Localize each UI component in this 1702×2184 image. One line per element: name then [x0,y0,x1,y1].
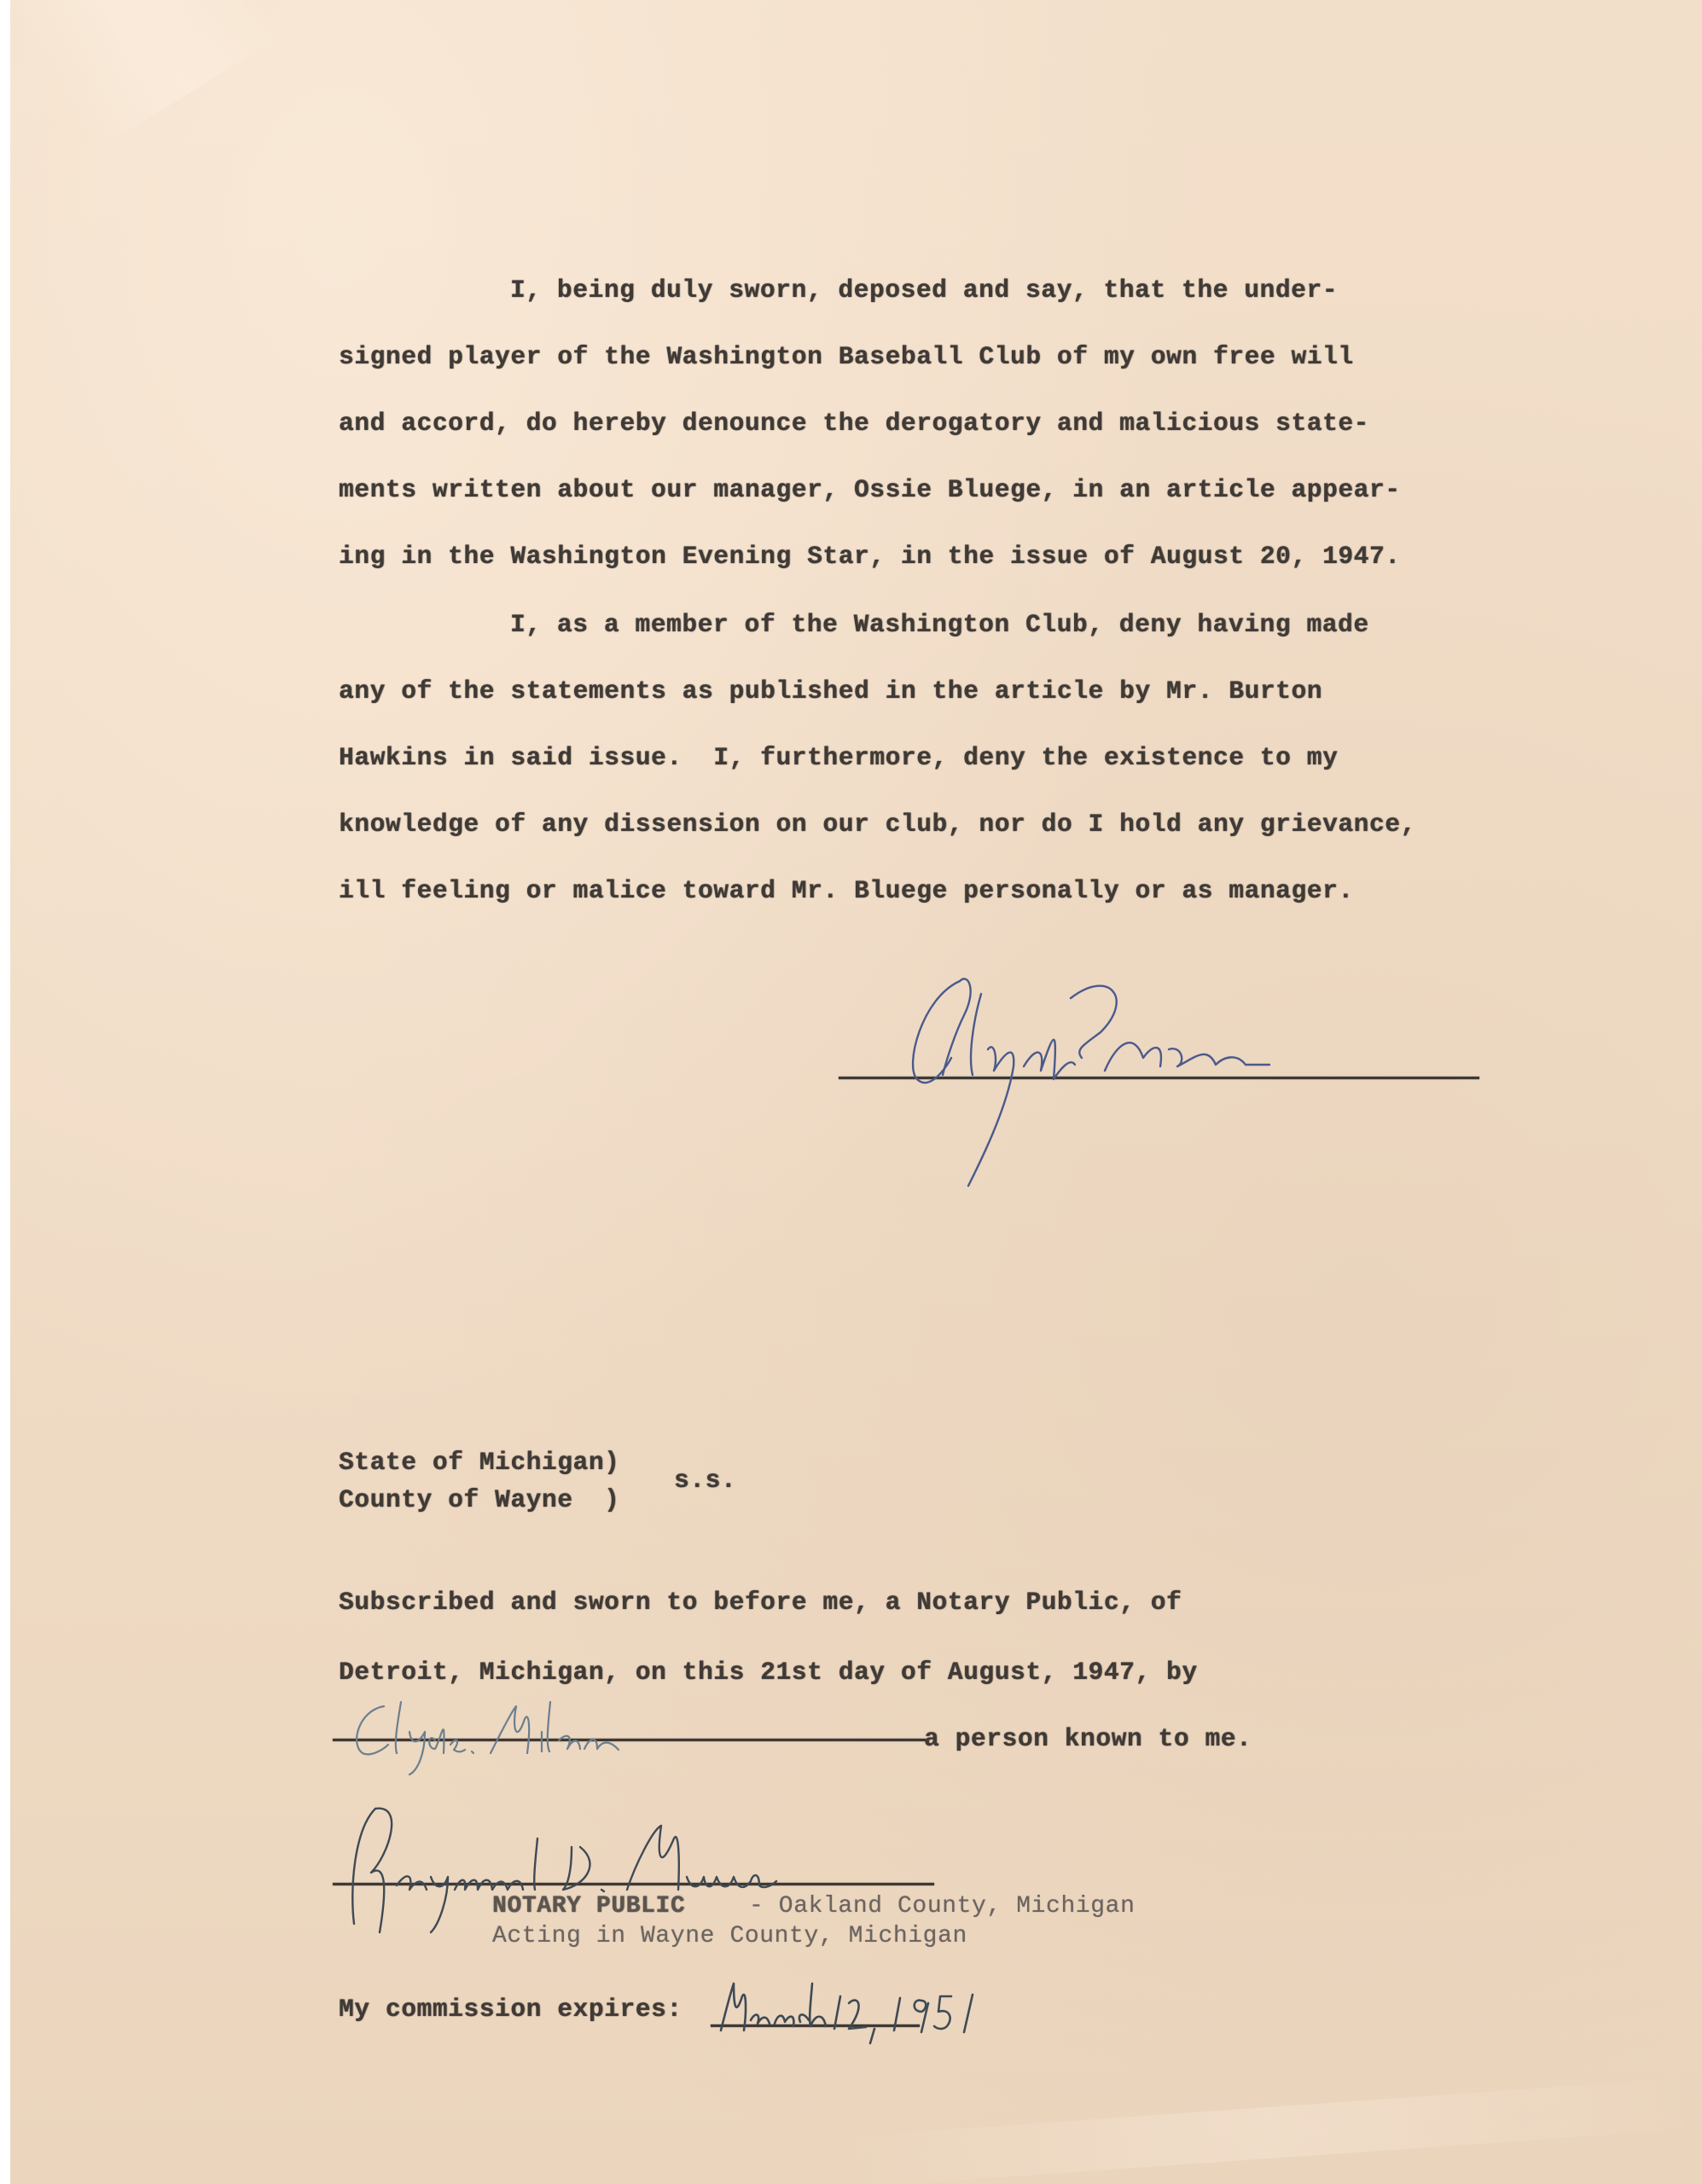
notary-county: - Oakland County, Michigan [749,1893,1135,1920]
venue-ss: s.s. [674,1466,736,1495]
jurat-line-2: Detroit, Michigan, on this 21st day of A… [339,1658,1198,1687]
affidavit-page: I, being duly sworn, deposed and say, th… [0,0,1702,2184]
paragraph-line: ill feeling or malice toward Mr. Bluege … [339,876,1354,905]
venue-state: State of Michigan) [339,1448,619,1477]
handwritten-date-march-12-1951 [708,1979,1101,2047]
commission-label: My commission expires: [339,1995,683,2024]
signer-suffix: a person known to me. [924,1724,1252,1753]
paragraph-line: ments written about our manager, Ossie B… [339,475,1401,504]
paragraph-line: any of the statements as published in th… [339,677,1322,706]
affiant-signature [887,964,1450,1194]
paragraph-line: knowledge of any dissension on our club,… [339,810,1416,839]
paragraph-line: and accord, do hereby denounce the derog… [339,409,1369,438]
paragraph-line: signed player of the Washington Baseball… [339,342,1354,371]
paragraph-line: ing in the Washington Evening Star, in t… [339,542,1401,571]
venue-county: County of Wayne ) [339,1485,619,1514]
paper-fold-crease [835,2077,1702,2184]
commission-date-handwritten [708,1979,1101,2047]
paper-fold-crease [0,0,283,152]
paragraph-line: I, being duly sworn, deposed and say, th… [510,276,1338,305]
handwritten-signature-clyde-milan [887,964,1450,1194]
jurat-line-1: Subscribed and sworn to before me, a Not… [339,1588,1182,1617]
notary-title: NOTARY PUBLIC [492,1893,685,1920]
notary-acting-county: Acting in Wayne County, Michigan [492,1923,967,1949]
paragraph-line: I, as a member of the Washington Club, d… [510,610,1369,639]
handwritten-name-clyde-milan [350,1693,793,1779]
paragraph-line: Hawkins in said issue. I, furthermore, d… [339,743,1338,772]
signer-name-handwritten [350,1693,793,1779]
